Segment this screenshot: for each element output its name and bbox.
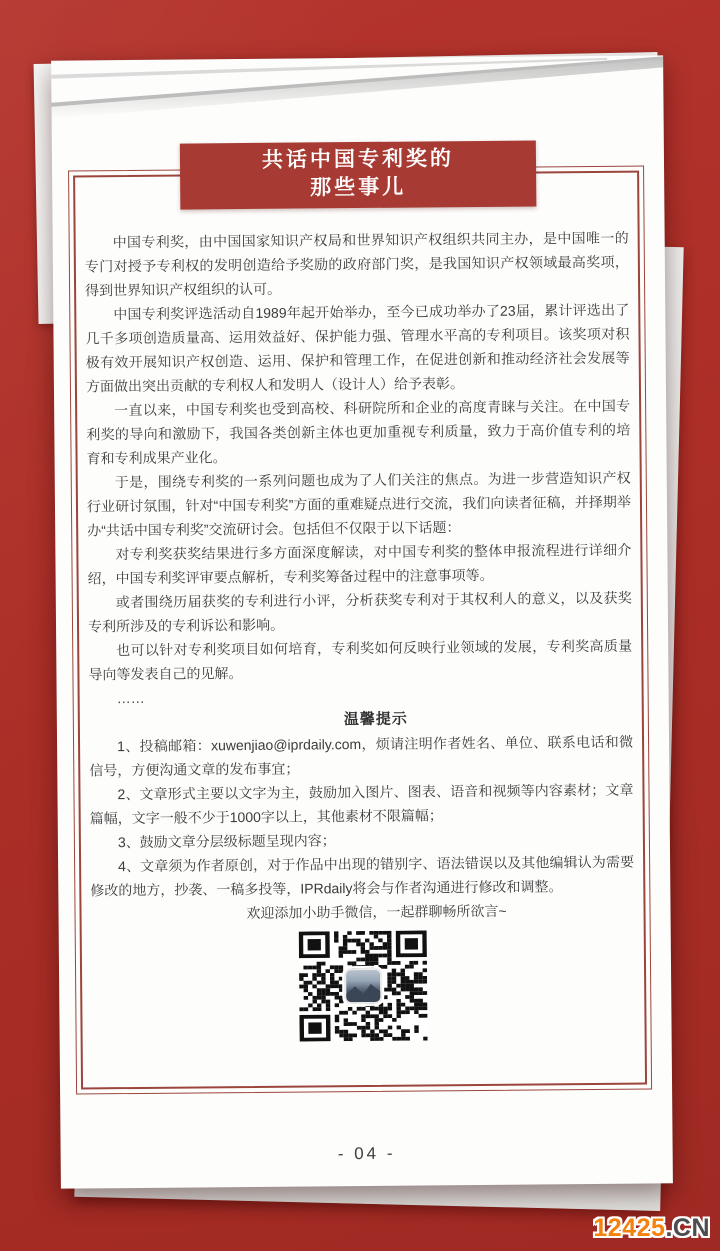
article-body: 中国专利奖，由中国国家知识产权局和世界知识产权组织共同主办，是中国唯一的专门对授…	[85, 226, 636, 1044]
title-banner: 共话中国专利奖的 那些事儿	[180, 140, 537, 209]
document-page: 共话中国专利奖的 那些事儿 中国专利奖，由中国国家知识产权局和世界知识产权组织共…	[51, 55, 673, 1188]
tips-item: 1、投稿邮箱：xuwenjiao@iprdaily.com，烦请注明作者姓名、单…	[89, 730, 633, 783]
watermark-suffix: .CN	[665, 1214, 710, 1242]
watermark-number: 12425	[593, 1214, 665, 1242]
paragraph: 或者围绕历届获奖的专利进行小评，分析获奖专利对于其权利人的意义，以及获奖专利所涉…	[88, 586, 632, 639]
site-watermark: 12425.CN	[593, 1214, 710, 1243]
tips-item: 4、文章须为作者原创，对于作品中出现的错别字、语法错误以及其他编辑认为需要修改的…	[90, 850, 634, 903]
paragraph: 一直以来，中国专利奖也受到高校、科研院所和企业的高度青睐与关注。在中国专利奖的导…	[86, 394, 631, 471]
paragraph: 中国专利奖评选活动自1989年起开始举办，至今已成功举办了23届，累计评选出了几…	[85, 298, 630, 399]
paragraph: 于是，围绕专利奖的一系列问题也成为了人们关注的焦点。为进一步营造知识产权行业研讨…	[87, 466, 632, 543]
wechat-qr-code	[299, 930, 428, 1041]
article-screenshot-background: 共话中国专利奖的 那些事儿 中国专利奖，由中国国家知识产权局和世界知识产权组织共…	[0, 0, 720, 1251]
sheet-edge-crease-decoration	[51, 55, 664, 124]
tips-list: 1、投稿邮箱：xuwenjiao@iprdaily.com，烦请注明作者姓名、单…	[89, 730, 634, 903]
tips-item: 2、文章形式主要以文字为主，鼓励加入图片、图表、语音和视频等内容素材；文章篇幅，…	[89, 778, 633, 831]
article-paragraphs: 中国专利奖，由中国国家知识产权局和世界知识产权组织共同主办，是中国唯一的专门对授…	[85, 226, 633, 711]
invite-line: 欢迎添加小助手微信，一起群聊畅所欲言~	[90, 898, 634, 927]
title-line-1: 共话中国专利奖的	[262, 145, 454, 175]
paragraph: 也可以针对专利奖项目如何培育，专利奖如何反映行业领域的发展，专利奖高质量导向等发…	[88, 634, 632, 687]
paragraph: 中国专利奖，由中国国家知识产权局和世界知识产权组织共同主办，是中国唯一的专门对授…	[85, 226, 630, 303]
qr-center-logo-mountain-photo	[344, 968, 382, 1004]
page-number: - 04 -	[61, 1141, 673, 1166]
paragraph: 对专利奖获奖结果进行多方面深度解读，对中国专利奖的整体申报流程进行详细介绍，中国…	[87, 538, 631, 591]
title-line-2: 那些事儿	[310, 174, 406, 203]
